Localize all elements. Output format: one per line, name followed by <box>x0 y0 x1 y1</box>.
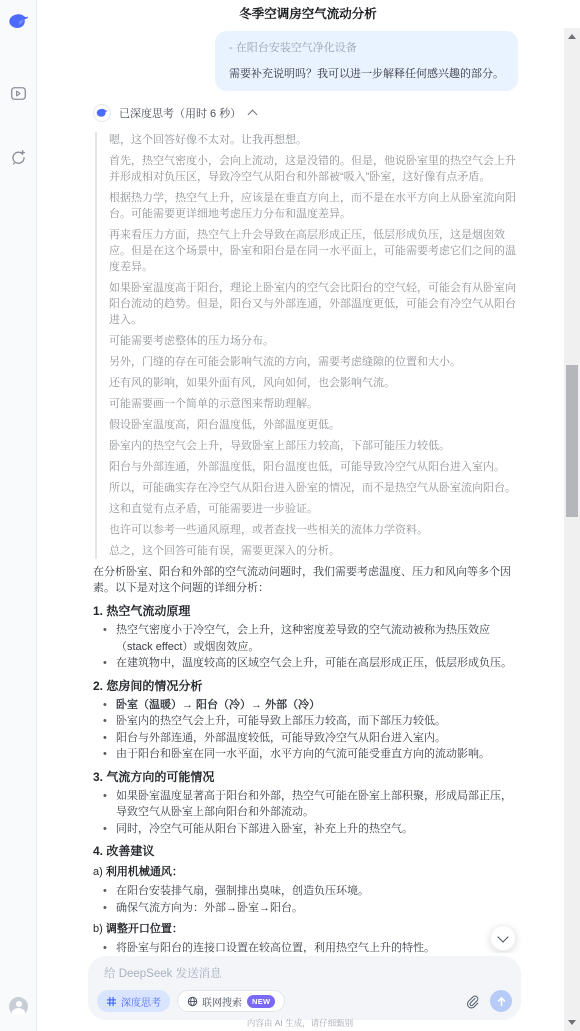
composer-area: 深度思考 联网搜索 NEW <box>36 953 564 1031</box>
answer-block: 在建筑物中，温度较高的区域空气会上升，可能在高层形成正压，低层形成负压。 <box>93 655 518 672</box>
answer-block-text: 同时，冷空气可能从阳台下部进入卧室，补充上升的热空气。 <box>116 823 413 835</box>
new-chat-icon <box>10 149 27 166</box>
thinking-paragraph: 如果卧室温度高于阳台，理论上卧室内的空气会比阳台的空气轻，可能会有从卧室向阳台流… <box>109 280 518 328</box>
chevron-up-icon <box>248 110 258 120</box>
answer-block-text: 阳台与外部连通，外部温度较低，可能导致冷空气从阳台进入室内。 <box>116 732 446 744</box>
deepthink-toggle[interactable]: 已深度思考（用时 6 秒） <box>93 104 256 122</box>
thinking-paragraph: 假设卧室温度高，阳台温度低，外部温度更低。 <box>109 417 518 433</box>
whale-icon <box>96 107 108 119</box>
answer-block-prefix: a) <box>93 866 106 878</box>
scrollbar-thumb[interactable] <box>566 365 578 517</box>
user-message-text: 需要补充说明吗？我可以进一步解释任何感兴趣的部分。 <box>229 66 504 82</box>
thinking-paragraph: 阳台与外部连通，外部温度低，阳台温度也低，可能导致冷空气从阳台进入室内。 <box>109 459 518 475</box>
answer-block-text: 利用机械通风： <box>106 866 183 878</box>
answer-block: 在分析卧室、阳台和外部的空气流动问题时，我们需要考虑温度、压力和风向等多个因素。… <box>93 564 518 596</box>
thinking-paragraph: 根据热力学，热空气上升，应该是在垂直方向上，而不是在水平方向上从卧室流向阳台。可… <box>109 190 518 222</box>
answer-block: 确保气流方向为：外部→卧室→阳台。 <box>93 900 518 917</box>
send-button[interactable] <box>490 990 512 1012</box>
ai-disclaimer: 内容由 AI 生成，请仔细甄别 <box>36 1017 564 1029</box>
answer-block-text: 调整开口位置： <box>106 923 183 935</box>
answer-block: 热空气密度小于冷空气，会上升，这种密度差导致的空气流动被称为热压效应（stack… <box>93 622 518 655</box>
assistant-answer: 在分析卧室、阳台和外部的空气流动问题时，我们需要考虑温度、压力和风向等多个因素。… <box>93 564 518 964</box>
deepthink-duration-label: 已深度思考（用时 6 秒） <box>119 105 241 121</box>
thinking-paragraph: 这和直觉有点矛盾，可能需要进一步验证。 <box>109 501 518 517</box>
answer-block: 在阳台安装排气扇，强制排出臭味，创造负压环境。 <box>93 883 518 900</box>
thinking-paragraph: 首先，热空气密度小，会向上流动，这是没错的。但是，他说卧室里的热空气会上升并形成… <box>109 153 518 185</box>
answer-block-text: 卧室内的热空气会上升，可能导致上部压力较高，而下部压力较低。 <box>116 715 446 727</box>
answer-block: 1. 热空气流动原理 <box>93 603 518 619</box>
thinking-block: 嗯，这个回答好像不太对。让我再想想。首先，热空气密度小，会向上流动，这是没错的。… <box>95 132 518 559</box>
answer-block-text: 在分析卧室、阳台和外部的空气流动问题时，我们需要考虑温度、压力和风向等多个因素。… <box>93 566 511 594</box>
user-message-quoted-line: - 在阳台安装空气净化设备 <box>229 40 504 56</box>
thinking-paragraph: 卧室内的热空气会上升，导致卧室上部压力较高，下部可能压力较低。 <box>109 438 518 454</box>
answer-block-text: 如果卧室温度显著高于阳台和外部，热空气可能在卧室上部积聚，形成局部正压，导致空气… <box>116 790 512 819</box>
user-avatar[interactable] <box>9 997 28 1016</box>
scrollbar-up-arrow[interactable] <box>568 34 576 39</box>
new-badge: NEW <box>247 995 275 1008</box>
avatar-body-glyph <box>12 1008 25 1016</box>
answer-block: 由于阳台和卧室在同一水平面，水平方向的气流可能受垂直方向的流动影响。 <box>93 746 518 763</box>
web-search-label: 联网搜索 <box>202 994 242 1009</box>
thinking-paragraph: 另外，门缝的存在可能会影响气流的方向，需要考虑缝隙的位置和大小。 <box>109 354 518 370</box>
answer-block-text: 在阳台安装排气扇，强制排出臭味，创造负压环境。 <box>116 885 369 897</box>
answer-block: a) 利用机械通风： <box>93 864 518 880</box>
answer-block-text: 卧室（温暖）→ 阳台（冷）→ 外部（冷） <box>116 699 320 711</box>
thinking-paragraph: 也许可以参考一些通风原理，或者查找一些相关的流体力学资料。 <box>109 522 518 538</box>
answer-block: 同时，冷空气可能从阳台下部进入卧室，补充上升的热空气。 <box>93 821 518 838</box>
globe-icon <box>187 996 198 1007</box>
thinking-paragraph: 总之，这个回答可能有误，需要更深入的分析。 <box>109 543 518 559</box>
answer-block-prefix: b) <box>93 923 106 935</box>
answer-block: b) 调整开口位置： <box>93 921 518 937</box>
thinking-paragraph: 再来看压力方面，热空气上升会导致在高层形成正压，低层形成负压，这是烟囱效应。但是… <box>109 227 518 275</box>
assistant-avatar <box>93 104 111 122</box>
thinking-paragraph: 嗯，这个回答好像不太对。让我再想想。 <box>109 132 518 148</box>
scrollbar-track[interactable] <box>564 28 580 1031</box>
header: 冬季空调房空气流动分析 <box>36 0 580 28</box>
answer-block-text: 1. 热空气流动原理 <box>93 604 190 618</box>
answer-block-text: 确保气流方向为：外部→卧室→阳台。 <box>116 902 303 914</box>
answer-block-text: 在建筑物中，温度较高的区域空气会上升，可能在高层形成正压，低层形成负压。 <box>116 657 512 669</box>
web-search-button[interactable]: 联网搜索 NEW <box>177 990 285 1012</box>
user-message-bubble: - 在阳台安装空气净化设备 需要补充说明吗？我可以进一步解释任何感兴趣的部分。 <box>215 31 518 91</box>
deepthink-label: 深度思考 <box>121 994 161 1009</box>
answer-block: 阳台与外部连通，外部温度较低，可能导致冷空气从阳台进入室内。 <box>93 730 518 747</box>
composer-toolbar: 深度思考 联网搜索 NEW <box>97 990 512 1012</box>
answer-block: 3. 气流方向的可能情况 <box>93 769 518 785</box>
thinking-paragraph: 还有风的影响，如果外面有风，风向如何，也会影响气流。 <box>109 375 518 391</box>
composer: 深度思考 联网搜索 NEW <box>88 956 521 1020</box>
answer-block-text: 热空气密度小于冷空气，会上升，这种密度差导致的空气流动被称为热压效应（stack… <box>116 624 490 653</box>
composer-right-actions <box>462 990 512 1012</box>
new-chat-button[interactable] <box>10 149 27 166</box>
answer-block: 卧室内的热空气会上升，可能导致上部压力较高，而下部压力较低。 <box>93 713 518 730</box>
left-sidebar <box>0 0 37 1031</box>
sidebar-toggle-button[interactable] <box>10 85 27 102</box>
conversation-title: 冬季空调房空气流动分析 <box>36 0 580 28</box>
answer-block-text: 3. 气流方向的可能情况 <box>93 770 214 784</box>
chevron-down-icon <box>497 931 508 942</box>
answer-block: 4. 改善建议 <box>93 843 518 859</box>
sidebar-toggle-icon <box>10 85 27 102</box>
answer-block-text: 2. 您房间的情况分析 <box>93 679 202 693</box>
answer-block: 如果卧室温度显著高于阳台和外部，热空气可能在卧室上部积聚，形成局部正压，导致空气… <box>93 788 518 821</box>
scrollbar-down-arrow[interactable] <box>568 1020 576 1025</box>
chat-scroll-area[interactable]: - 在阳台安装空气净化设备 需要补充说明吗？我可以进一步解释任何感兴趣的部分。 … <box>36 28 564 1031</box>
attach-file-button[interactable] <box>462 992 480 1010</box>
thinking-paragraph: 可能需要考虑整体的压力场分布。 <box>109 333 518 349</box>
deepthink-icon <box>106 996 117 1007</box>
answer-block-text: 由于阳台和卧室在同一水平面，水平方向的气流可能受垂直方向的流动影响。 <box>116 748 490 760</box>
deepthink-button[interactable]: 深度思考 <box>97 990 170 1012</box>
answer-block: 卧室（温暖）→ 阳台（冷）→ 外部（冷） <box>93 697 518 714</box>
thinking-paragraph: 所以，可能确实存在冷空气从阳台进入卧室的情况，而不是热空气从卧室流向阳台。 <box>109 480 518 496</box>
avatar-head-glyph <box>16 1001 22 1007</box>
answer-block: 2. 您房间的情况分析 <box>93 678 518 694</box>
deepseek-logo[interactable] <box>8 11 29 32</box>
whale-icon <box>8 11 29 32</box>
thinking-paragraph: 可能需要画一个简单的示意图来帮助理解。 <box>109 396 518 412</box>
answer-block-text: 4. 改善建议 <box>93 844 154 858</box>
arrow-up-icon <box>495 995 508 1008</box>
message-input[interactable] <box>104 965 511 989</box>
scroll-to-bottom-button[interactable] <box>490 925 516 951</box>
paperclip-icon <box>464 994 479 1009</box>
